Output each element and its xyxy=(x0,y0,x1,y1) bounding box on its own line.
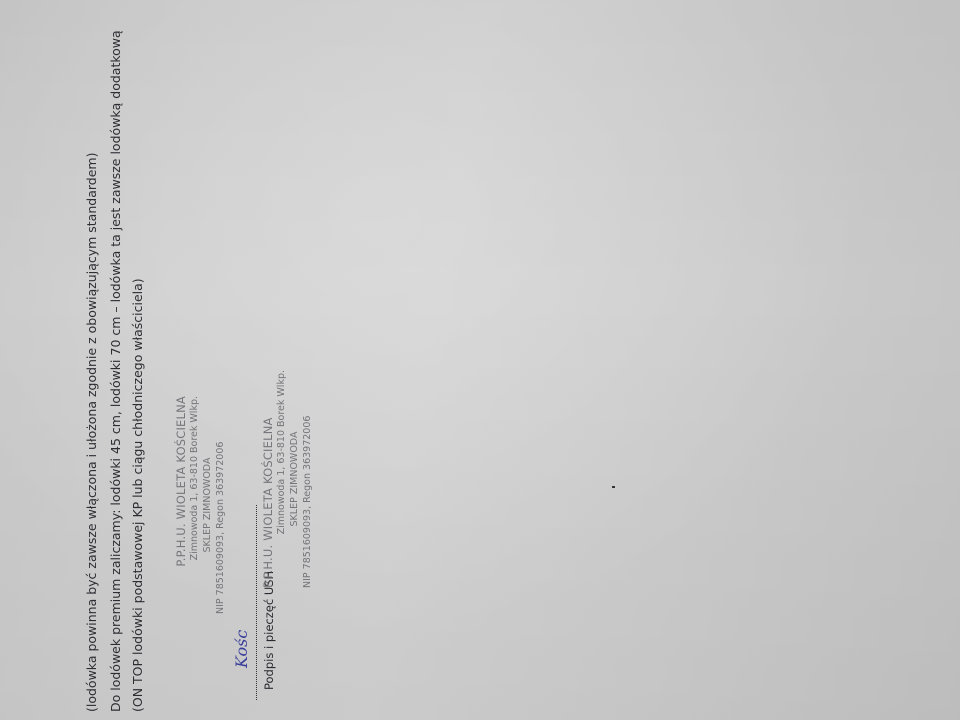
text-line-3: (ON TOP lodówki podstawowej KP lub ciągu… xyxy=(130,278,145,712)
stamp-upper-name: P.P.H.U. WIOLETA KOŚCIELNA xyxy=(175,396,188,614)
signature-line xyxy=(256,505,257,700)
stamp-upper-ids: NIP 7851609093, Regon 363972006 xyxy=(214,396,227,614)
stamp-upper: P.P.H.U. WIOLETA KOŚCIELNA Zimnowoda 1, … xyxy=(175,396,227,614)
stamp-lower-ids: NIP 7851609093, Regon 363972006 xyxy=(301,370,314,588)
signature-label: Podpis i pieczęć USH xyxy=(262,571,276,690)
stamp-lower-address: Zimnowoda 1, 63-810 Borek Wlkp. xyxy=(275,370,288,588)
stamp-lower-name: P.P.H.U. WIOLETA KOŚCIELNA xyxy=(262,370,275,588)
stamp-upper-address: Zimnowoda 1, 63-810 Borek Wlkp. xyxy=(188,396,201,614)
paper-speck xyxy=(612,486,615,488)
stamp-lower-shop: SKLEP ZIMNOWODA xyxy=(288,370,301,588)
stamp-lower: P.P.H.U. WIOLETA KOŚCIELNA Zimnowoda 1, … xyxy=(262,370,314,588)
text-line-1: (lodówka powinna być zawsze włączona i u… xyxy=(84,153,99,712)
stamp-upper-shop: SKLEP ZIMNOWODA xyxy=(201,396,214,614)
text-line-2: Do lodówek premium zaliczamy: lodówki 45… xyxy=(108,30,123,712)
handwritten-signature: Kośc xyxy=(232,630,251,668)
